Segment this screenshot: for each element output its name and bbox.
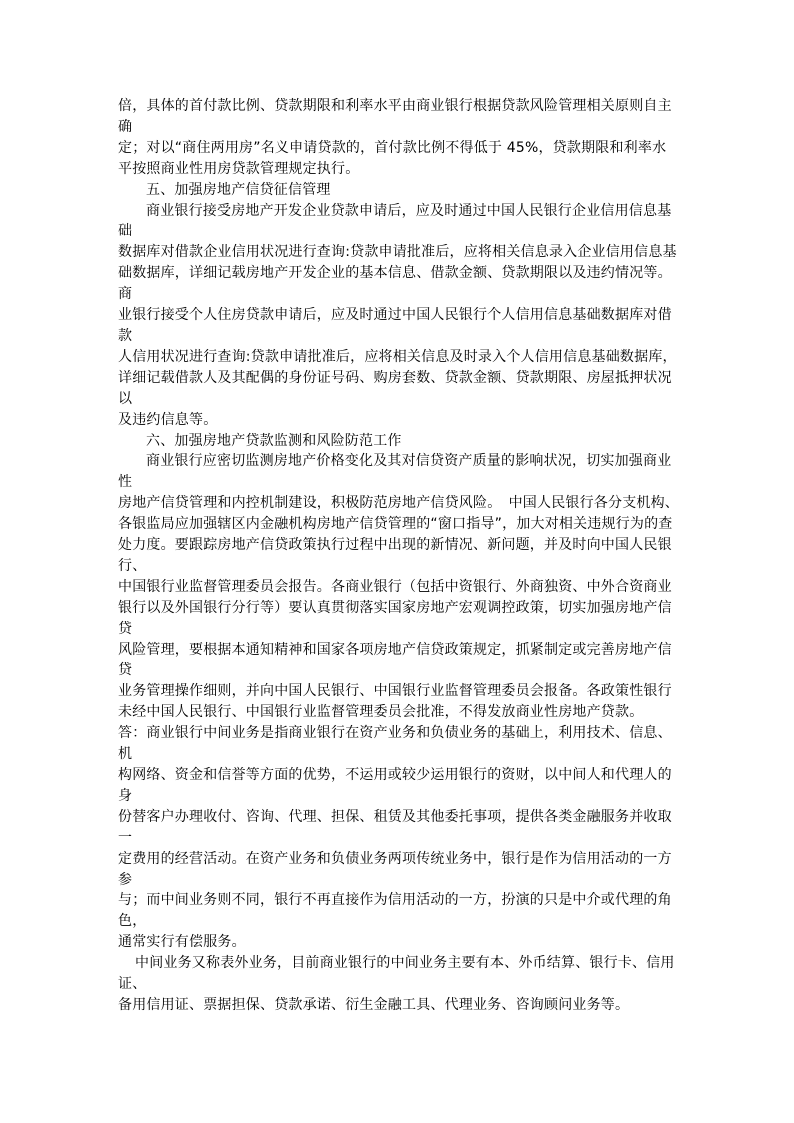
text-line: 商业银行应密切监测房地产价格变化及其对信贷资产质量的影响状况，切实加强商业 bbox=[118, 451, 678, 472]
text-line: 中间业务又称表外业务，目前商业银行的中间业务主要有本、外币结算、银行卡、信用 bbox=[118, 953, 678, 974]
text-line: 一 bbox=[118, 828, 678, 849]
document-body: 倍，具体的首付款比例、贷款期限和利率水平由商业银行根据贷款风险管理相关原则自主确… bbox=[118, 96, 678, 1016]
text-line: 性 bbox=[118, 472, 678, 493]
text-line: 平按照商业性用房贷款管理规定执行。 bbox=[118, 159, 678, 180]
document-page: 倍，具体的首付款比例、贷款期限和利率水平由商业银行根据贷款风险管理相关原则自主确… bbox=[0, 0, 794, 1123]
text-line: 答：商业银行中间业务是指商业银行在资产业务和负债业务的基础上，利用技术、信息、 bbox=[118, 723, 678, 744]
text-line: 业务管理操作细则，并向中国人民银行、中国银行业监督管理委员会报备。各政策性银行 bbox=[118, 681, 678, 702]
text-line: 倍，具体的首付款比例、贷款期限和利率水平由商业银行根据贷款风险管理相关原则自主 bbox=[118, 96, 678, 117]
text-line: 人信用状况进行查询:贷款申请批准后，应将相关信息及时录入个人信用信息基础数据库， bbox=[118, 347, 678, 368]
text-line: 贷 bbox=[118, 660, 678, 681]
text-line: 以 bbox=[118, 389, 678, 410]
text-line: 各银监局应加强辖区内金融机构房地产信贷管理的“窗口指导”，加大对相关违规行为的查 bbox=[118, 514, 678, 535]
text-line: 款 bbox=[118, 326, 678, 347]
text-line: 机 bbox=[118, 744, 678, 765]
text-line: 处力度。要跟踪房地产信贷政策执行过程中出现的新情况、新问题，并及时向中国人民银 bbox=[118, 535, 678, 556]
text-line: 础 bbox=[118, 221, 678, 242]
text-line: 参 bbox=[118, 870, 678, 891]
text-line: 备用信用证、票据担保、贷款承诺、衍生金融工具、代理业务、咨询顾问业务等。 bbox=[118, 995, 678, 1016]
text-line: 数据库对借款企业信用状况进行查询:贷款申请批准后，应将相关信息录入企业信用信息基 bbox=[118, 242, 678, 263]
text-line: 份替客户办理收付、咨询、代理、担保、租赁及其他委托事项，提供各类金融服务并收取 bbox=[118, 807, 678, 828]
text-line: 中国银行业监督管理委员会报告。各商业银行（包括中资银行、外商独资、中外合资商业 bbox=[118, 577, 678, 598]
text-line: 确 bbox=[118, 117, 678, 138]
text-line: 色， bbox=[118, 911, 678, 932]
text-line: 通常实行有偿服务。 bbox=[118, 932, 678, 953]
text-line: 商业银行接受房地产开发企业贷款申请后，应及时通过中国人民银行企业信用信息基 bbox=[118, 201, 678, 222]
text-line: 未经中国人民银行、中国银行业监督管理委员会批准，不得发放商业性房地产贷款。 bbox=[118, 702, 678, 723]
text-line: 五、加强房地产信贷征信管理 bbox=[118, 180, 678, 201]
text-line: 与；而中间业务则不同，银行不再直接作为信用活动的一方，扮演的只是中介或代理的角 bbox=[118, 890, 678, 911]
text-line: 证、 bbox=[118, 974, 678, 995]
text-line: 定；对以“商住两用房”名义申请贷款的，首付款比例不得低于 45%，贷款期限和利率… bbox=[118, 138, 678, 159]
text-line: 银行以及外国银行分行等）要认真贯彻落实国家房地产宏观调控政策，切实加强房地产信 bbox=[118, 598, 678, 619]
text-line: 定费用的经营活动。在资产业务和负债业务两项传统业务中，银行是作为信用活动的一方 bbox=[118, 849, 678, 870]
text-line: 商 bbox=[118, 284, 678, 305]
text-line: 及违约信息等。 bbox=[118, 410, 678, 431]
text-line: 础数据库，详细记载房地产开发企业的基本信息、借款金额、贷款期限以及违约情况等。 bbox=[118, 263, 678, 284]
text-line: 构网络、资金和信誉等方面的优势，不运用或较少运用银行的资财，以中间人和代理人的 bbox=[118, 765, 678, 786]
text-line: 六、加强房地产贷款监测和风险防范工作 bbox=[118, 431, 678, 452]
text-line: 详细记载借款人及其配偶的身份证号码、购房套数、贷款金额、贷款期限、房屋抵押状况 bbox=[118, 368, 678, 389]
text-line: 身 bbox=[118, 786, 678, 807]
text-line: 行、 bbox=[118, 556, 678, 577]
text-line: 贷 bbox=[118, 619, 678, 640]
text-line: 业银行接受个人住房贷款申请后，应及时通过中国人民银行个人信用信息基础数据库对借 bbox=[118, 305, 678, 326]
text-line: 风险管理，要根据本通知精神和国家各项房地产信贷政策规定，抓紧制定或完善房地产信 bbox=[118, 640, 678, 661]
text-line: 房地产信贷管理和内控机制建设，积极防范房地产信贷风险。 中国人民银行各分支机构、 bbox=[118, 493, 678, 514]
